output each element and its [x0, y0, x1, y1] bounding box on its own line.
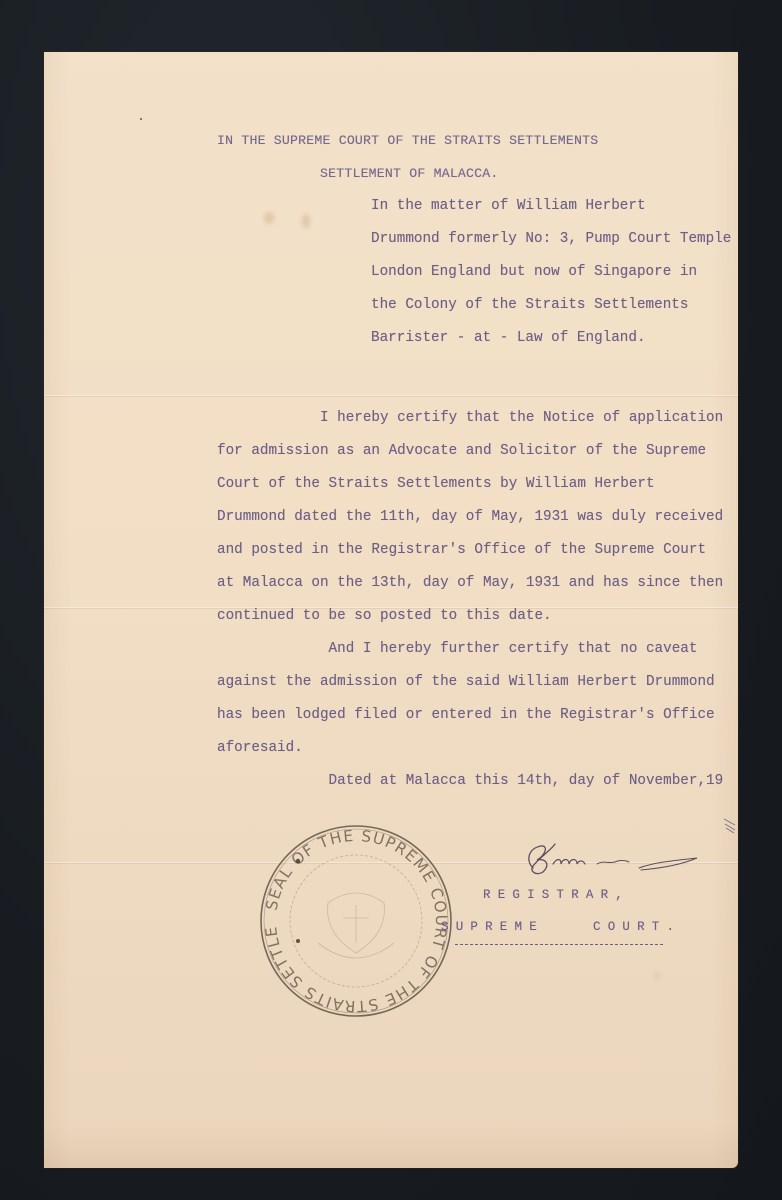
body-line: Drummond dated the 11th, day of May, 193… [217, 510, 723, 524]
body-line: aforesaid. [217, 741, 303, 755]
fold-line [44, 395, 738, 396]
supreme-court-title-b: COURT. [593, 921, 681, 934]
body-line: against the admission of the said Willia… [217, 675, 715, 689]
matter-line: Drummond formerly No: 3, Pump Court Temp… [371, 232, 731, 246]
matter-line: Barrister - at - Law of England. [371, 331, 646, 345]
date-line: Dated at Malacca this 14th, day of Novem… [217, 774, 723, 788]
body-line: And I hereby further certify that no cav… [217, 642, 697, 656]
paper-stain [264, 212, 274, 224]
matter-line: the Colony of the Straits Settlements [371, 298, 688, 312]
body-line: continued to be so posted to this date. [217, 609, 552, 623]
signature-rule [455, 944, 663, 945]
matter-line: In the matter of William Herbert [371, 199, 646, 213]
body-line: Court of the Straits Settlements by Will… [217, 477, 655, 491]
edge-ink-mark [723, 815, 737, 835]
body-line: has been lodged filed or entered in the … [217, 708, 715, 722]
body-line: I hereby certify that the Notice of appl… [217, 411, 723, 425]
supreme-court-title-a: SUPREME [441, 921, 544, 934]
paper-stain [654, 972, 660, 980]
court-heading: IN THE SUPREME COURT OF THE STRAITS SETT… [217, 134, 598, 147]
body-line: and posted in the Registrar's Office of … [217, 543, 706, 557]
registrar-signature [515, 838, 705, 888]
matter-line: London England but now of Singapore in [371, 265, 697, 279]
court-seal-icon: SEAL OF THE SUPREME COURT OF THE STRAITS… [258, 823, 454, 1019]
body-line: for admission as an Advocate and Solicit… [217, 444, 706, 458]
paper-stain [302, 214, 310, 228]
paper-speck [140, 118, 142, 120]
registrar-title: REGISTRAR, [483, 889, 630, 902]
body-line: at Malacca on the 13th, day of May, 1931… [217, 576, 723, 590]
settlement-heading: SETTLEMENT OF MALACCA. [320, 167, 499, 180]
